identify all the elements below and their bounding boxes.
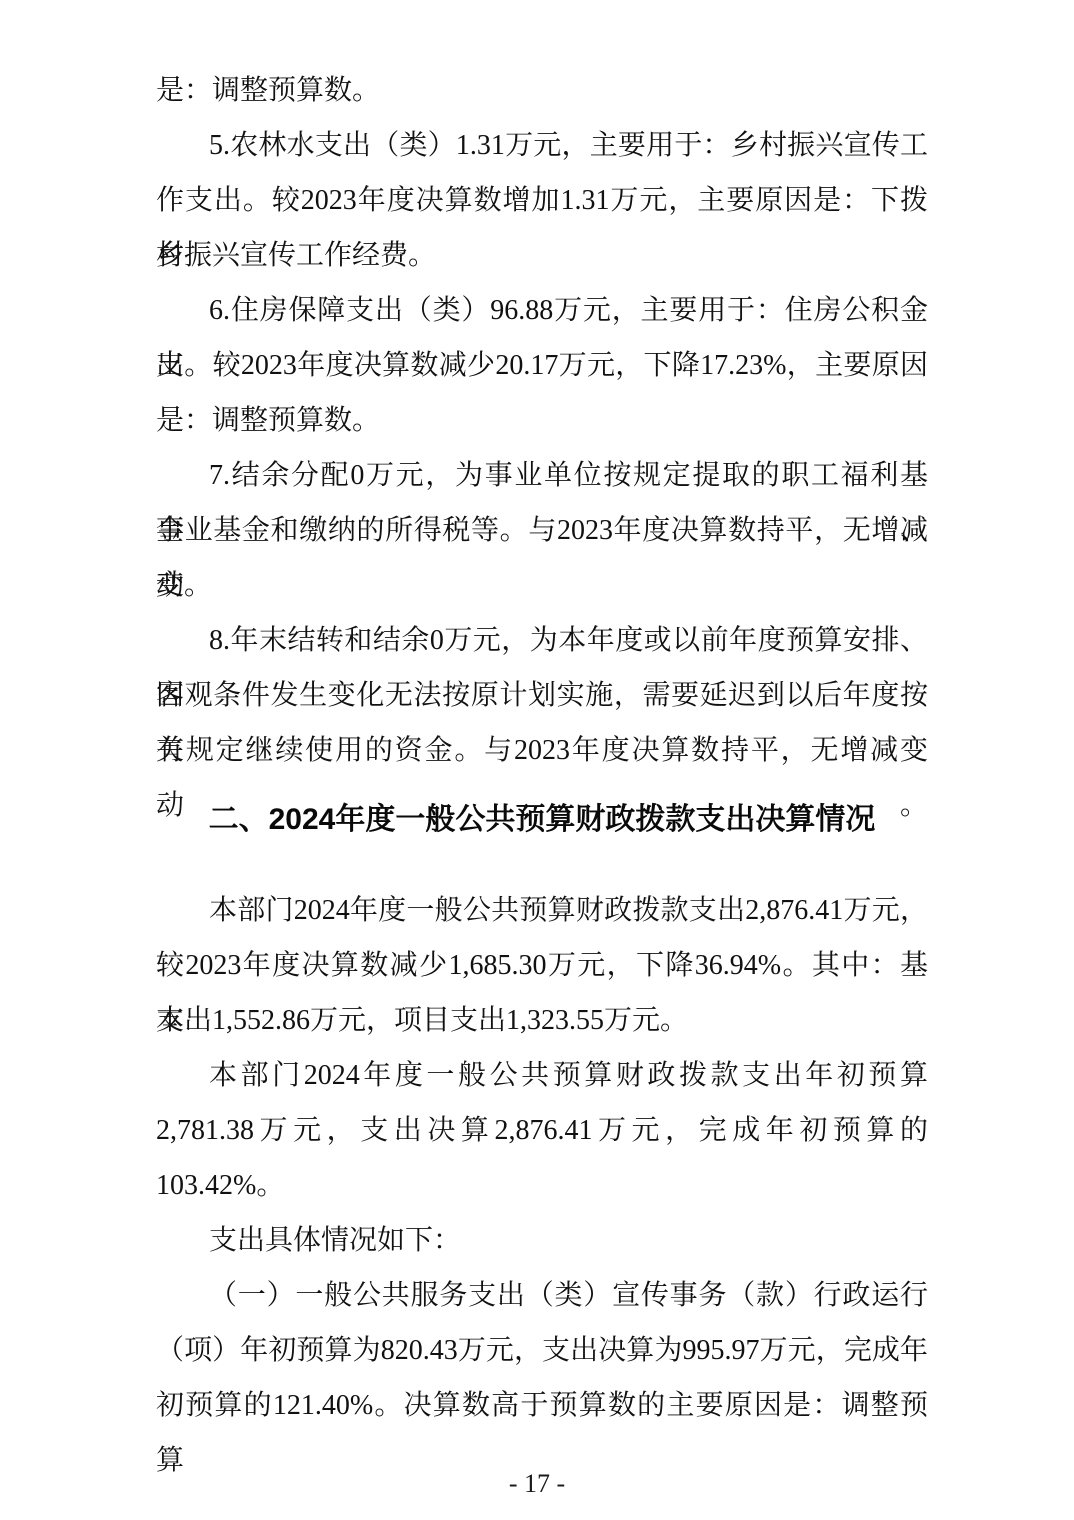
text-line: 客观条件发生变化无法按原计划实施，需要延迟到以后年度按有: [156, 668, 928, 723]
text-line: 2,781.38万元，支出决算2,876.41万元，完成年初预算的: [156, 1103, 928, 1158]
text-line: 103.42%。: [156, 1158, 928, 1213]
text-line: 5.农林水支出（类）1.31万元，主要用于：乡村振兴宣传工: [156, 118, 928, 173]
page-number: - 17 -: [0, 1468, 1074, 1500]
section-heading: 二、2024年度一般公共预算财政拨款支出决算情况: [156, 792, 928, 847]
text-line: 事业基金和缴纳的所得税等。与2023年度决算数持平，无增减变: [156, 503, 928, 558]
text-line: 本部门2024年度一般公共预算财政拨款支出2,876.41万元，: [156, 883, 928, 938]
text-line: 作支出。较2023年度决算数增加1.31万元，主要原因是：下拨乡: [156, 173, 928, 228]
text-line: 是：调整预算数。: [156, 393, 928, 448]
text-line: 8.年末结转和结余0万元，为本年度或以前年度预算安排、因: [156, 613, 928, 668]
text-line: 动。: [156, 558, 928, 613]
text-line: 出。较2023年度决算数减少20.17万元，下降17.23%，主要原因: [156, 338, 928, 393]
text-line: 支出具体情况如下：: [156, 1213, 928, 1268]
text-line: 是：调整预算数。: [156, 63, 928, 118]
text-line: 初预算的121.40%。决算数高于预算数的主要原因是：调整预算: [156, 1378, 928, 1433]
document-body: 是：调整预算数。 5.农林水支出（类）1.31万元，主要用于：乡村振兴宣传工 作…: [156, 63, 928, 1433]
text-line: （项）年初预算为820.43万元，支出决算为995.97万元，完成年: [156, 1323, 928, 1378]
text-line: 关规定继续使用的资金。与2023年度决算数持平，无增减变动。: [156, 723, 928, 778]
text-line: 村振兴宣传工作经费。: [156, 228, 928, 283]
text-line: 本部门2024年度一般公共预算财政拨款支出年初预算: [156, 1048, 928, 1103]
text-line: 6.住房保障支出（类）96.88万元，主要用于：住房公积金支: [156, 283, 928, 338]
document-page: 是：调整预算数。 5.农林水支出（类）1.31万元，主要用于：乡村振兴宣传工 作…: [0, 0, 1074, 1520]
text-line: （一）一般公共服务支出（类）宣传事务（款）行政运行: [156, 1268, 928, 1323]
text-line: 支出1,552.86万元，项目支出1,323.55万元。: [156, 993, 928, 1048]
text-line: 较2023年度决算数减少1,685.30万元，下降36.94%。其中：基本: [156, 938, 928, 993]
text-line: 7.结余分配0万元，为事业单位按规定提取的职工福利基金、: [156, 448, 928, 503]
